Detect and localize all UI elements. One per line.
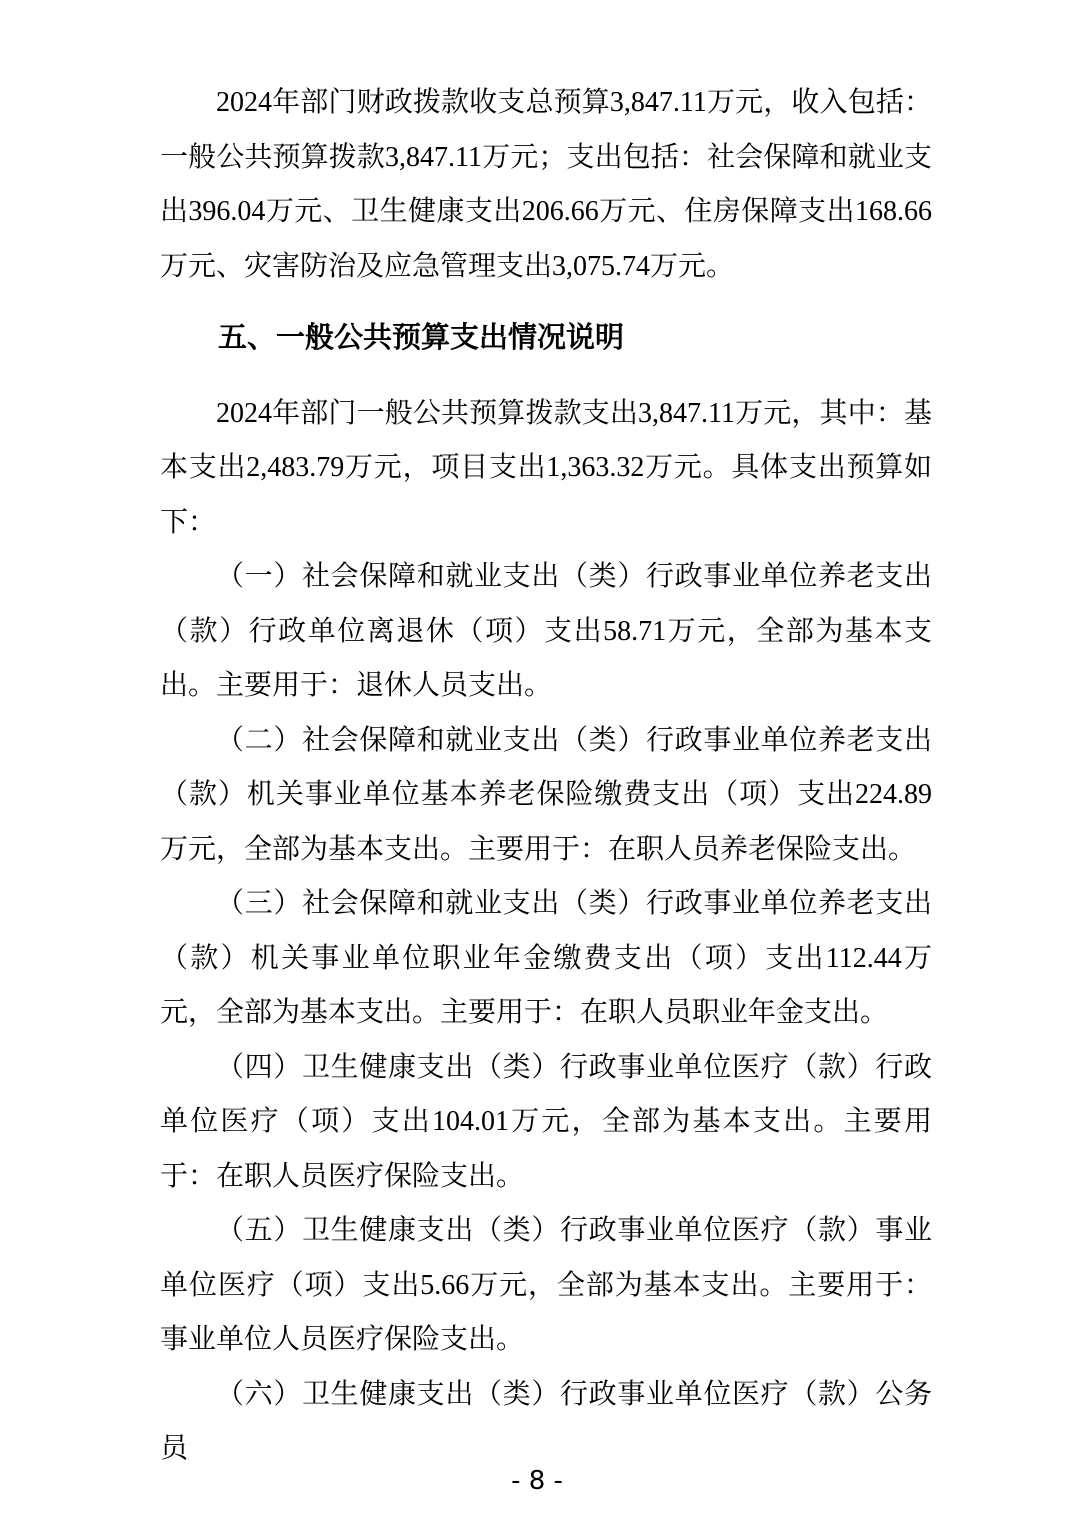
paragraph-expenditure-summary: 2024年部门一般公共预算拨款支出3,847.11万元，其中：基本支出2,483… xyxy=(160,387,932,551)
paragraph-item-6-civil-servant-medical-truncated: （六）卫生健康支出（类）行政事业单位医疗（款）公务员 xyxy=(160,1368,932,1477)
paragraph-item-4-administrative-unit-medical: （四）卫生健康支出（类）行政事业单位医疗（款）行政单位医疗（项）支出104.01… xyxy=(160,1041,932,1205)
paragraph-item-5-public-institution-medical: （五）卫生健康支出（类）行政事业单位医疗（款）事业单位医疗（项）支出5.66万元… xyxy=(160,1204,932,1368)
page-content: 2024年部门财政拨款收支总预算3,847.11万元，收入包括：一般公共预算拨款… xyxy=(160,76,932,1477)
paragraph-item-2-basic-pension-insurance: （二）社会保障和就业支出（类）行政事业单位养老支出（款）机关事业单位基本养老保险… xyxy=(160,714,932,878)
section-heading-general-public-budget-expenditure: 五、一般公共预算支出情况说明 xyxy=(160,310,932,365)
paragraph-fiscal-appropriation-overview: 2024年部门财政拨款收支总预算3,847.11万元，收入包括：一般公共预算拨款… xyxy=(160,76,932,294)
paragraph-item-1-retirement-expenditure: （一）社会保障和就业支出（类）行政事业单位养老支出（款）行政单位离退休（项）支出… xyxy=(160,550,932,714)
document-page: 2024年部门财政拨款收支总预算3,847.11万元，收入包括：一般公共预算拨款… xyxy=(0,0,1074,1520)
paragraph-item-3-occupational-annuity: （三）社会保障和就业支出（类）行政事业单位养老支出（款）机关事业单位职业年金缴费… xyxy=(160,877,932,1041)
page-number: - 8 - xyxy=(0,1466,1074,1496)
